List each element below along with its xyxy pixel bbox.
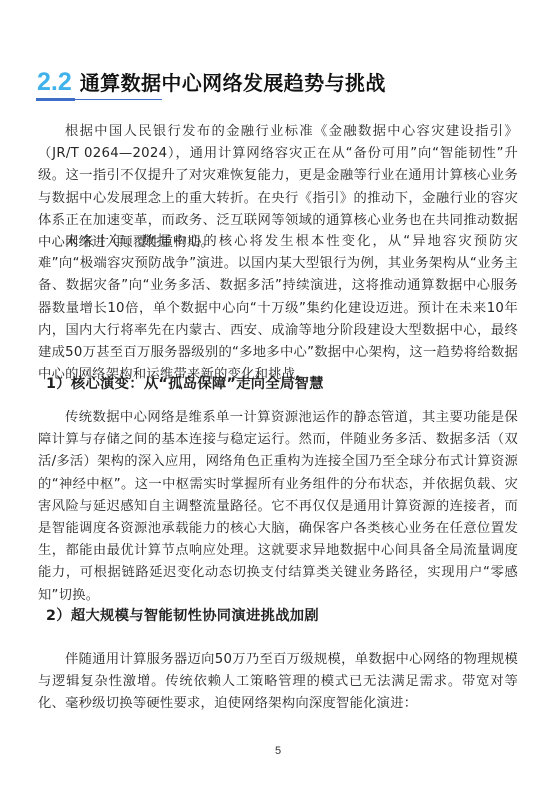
subsection-heading-1: 1）核心演变：从“孤岛保障”走向全局智慧 xyxy=(46,373,324,393)
subsection-paragraph-2: 伴随通用计算服务器迈向50万乃至百万级规模，单数据中心网络的物理规模与逻辑复杂性… xyxy=(38,649,518,716)
section-title: 通算数据中心网络发展趋势与挑战 xyxy=(80,67,386,96)
heading-underline-accent xyxy=(36,98,75,101)
subsection-paragraph-1: 传统数据中心网络是维系单一计算资源池运作的静态管道，其主要功能是保障计算与存储之… xyxy=(38,407,518,607)
page-number: 5 xyxy=(275,745,281,757)
section-heading: 2.2 通算数据中心网络发展趋势与挑战 xyxy=(37,67,386,97)
section-number: 2.2 xyxy=(37,68,72,97)
subsection-heading-2: 2）超大规模与智能韧性协同演进挑战加剧 xyxy=(46,605,319,625)
intro-paragraph-2: 未来十年，数据中心的核心将发生根本性变化，从“异地容灾预防灾难”向“极端容灾预防… xyxy=(38,231,518,386)
